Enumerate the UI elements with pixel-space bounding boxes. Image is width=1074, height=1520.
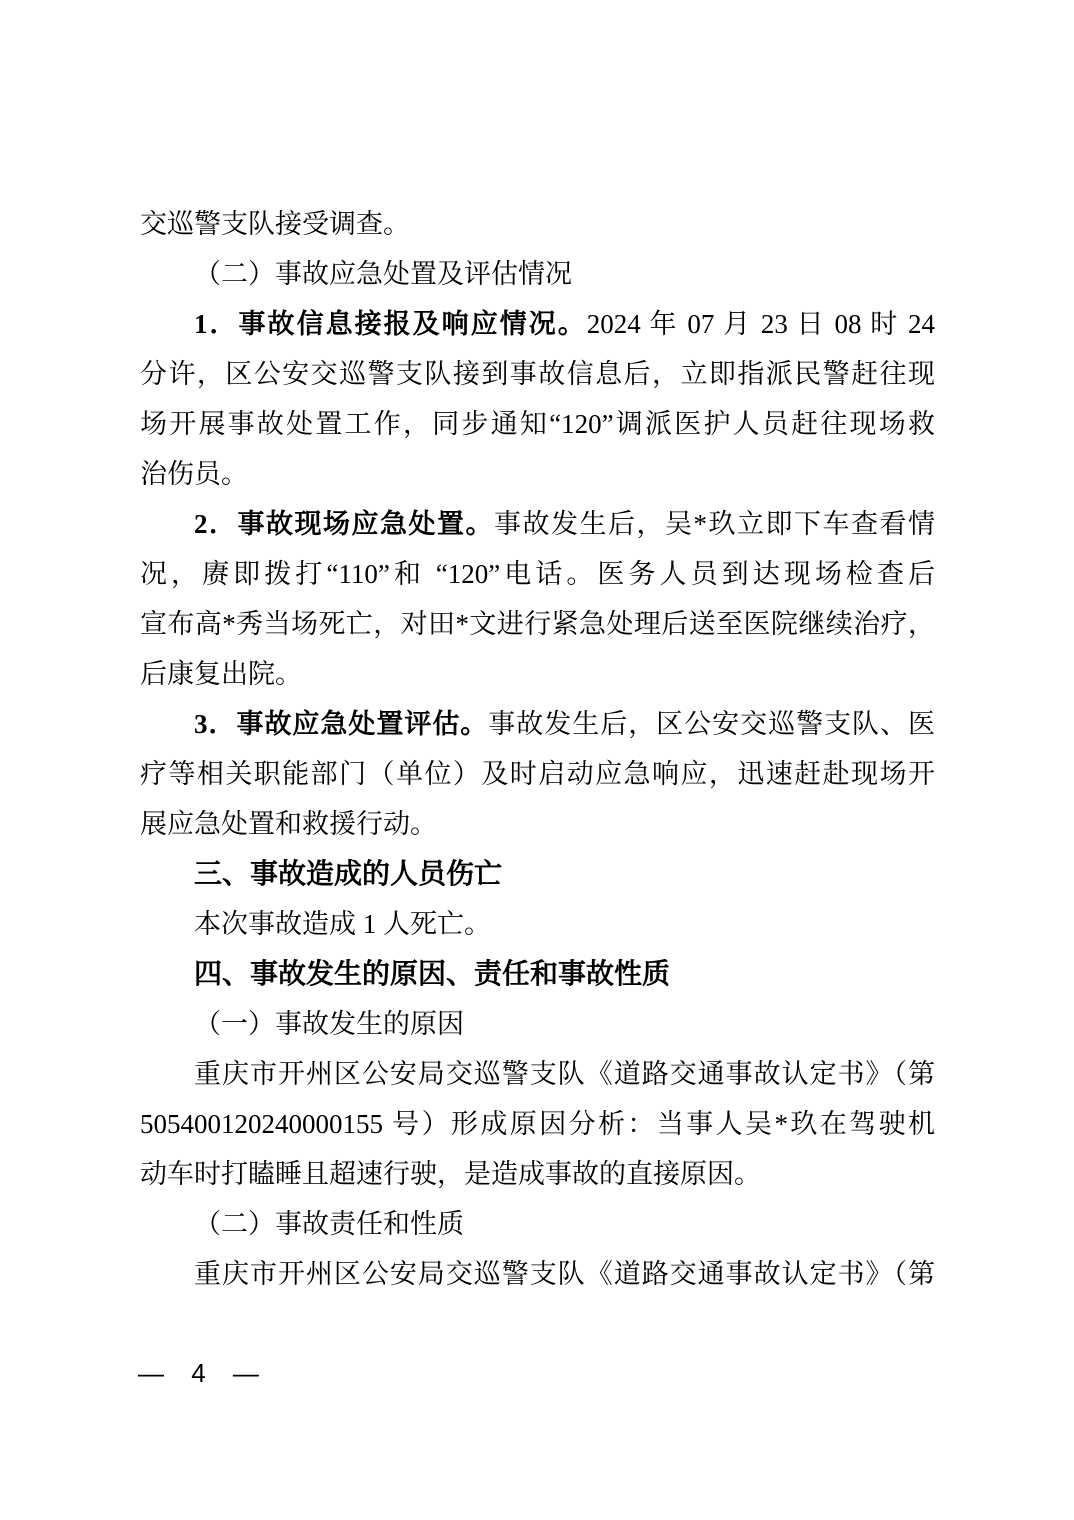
numbered-item-1-line: 1．事故信息接报及响应情况。2024 年 07 月 23 日 08 时 24 (140, 299, 935, 349)
body-text: 事故发生后，吴*玖立即下车查看情 (494, 509, 935, 539)
body-line-certificate-number: 505400120240000155 号）形成原因分析：当事人吴*玖在驾驶机 (140, 1099, 935, 1149)
document-body: 交巡警支队接受调查。 （二）事故应急处置及评估情况 1．事故信息接报及响应情况。… (140, 199, 935, 1299)
run-in-heading-item-3: 3．事故应急处置评估。 (194, 709, 488, 739)
body-line-casualty-statement: 本次事故造成 1 人死亡。 (140, 899, 935, 949)
page-number: — 4 — (138, 1356, 269, 1390)
body-line: 重庆市开州区公安局交巡警支队《道路交通事故认定书》（第 (140, 1049, 935, 1099)
numbered-item-3-line: 3．事故应急处置评估。事故发生后，区公安交巡警支队、医 (140, 699, 935, 749)
run-in-heading-item-2: 2．事故现场应急处置。 (194, 509, 494, 539)
subsection-heading-accident-cause: （一）事故发生的原因 (140, 999, 935, 1049)
subsection-heading-responsibility-nature: （二）事故责任和性质 (140, 1199, 935, 1249)
body-line-paragraph-end: 展应急处置和救援行动。 (140, 799, 935, 849)
body-line-paragraph-end: 治伤员。 (140, 449, 935, 499)
body-line: 况，赓即拨打“110”和 “120”电话。医务人员到达现场检查后 (140, 549, 935, 599)
section-heading-4-cause-responsibility: 四、事故发生的原因、责任和事故性质 (140, 949, 935, 999)
document-page: 交巡警支队接受调查。 （二）事故应急处置及评估情况 1．事故信息接报及响应情况。… (0, 0, 1074, 1520)
body-line: 场开展事故处置工作，同步通知“120”调派医护人员赶往现场救 (140, 399, 935, 449)
body-text: 事故发生后，区公安交巡警支队、医 (488, 709, 935, 739)
body-line-continued: 交巡警支队接受调查。 (140, 199, 935, 249)
body-line: 分许，区公安交巡警支队接到事故信息后，立即指派民警赶往现 (140, 349, 935, 399)
body-line: 重庆市开州区公安局交巡警支队《道路交通事故认定书》（第 (140, 1249, 935, 1299)
numbered-item-2-line: 2．事故现场应急处置。事故发生后，吴*玖立即下车查看情 (140, 499, 935, 549)
body-text: 2024 年 07 月 23 日 08 时 24 (587, 309, 935, 339)
body-line-paragraph-end: 动车时打瞌睡且超速行驶，是造成事故的直接原因。 (140, 1149, 935, 1199)
run-in-heading-item-1: 1．事故信息接报及响应情况。 (194, 309, 587, 339)
body-line: 疗等相关职能部门（单位）及时启动应急响应，迅速赶赴现场开 (140, 749, 935, 799)
section-heading-3-casualties: 三、事故造成的人员伤亡 (140, 849, 935, 899)
body-line: 宣布高*秀当场死亡，对田*文进行紧急处理后送至医院继续治疗， (140, 599, 935, 649)
subsection-heading-emergency-response: （二）事故应急处置及评估情况 (140, 249, 935, 299)
body-line-paragraph-end: 后康复出院。 (140, 649, 935, 699)
